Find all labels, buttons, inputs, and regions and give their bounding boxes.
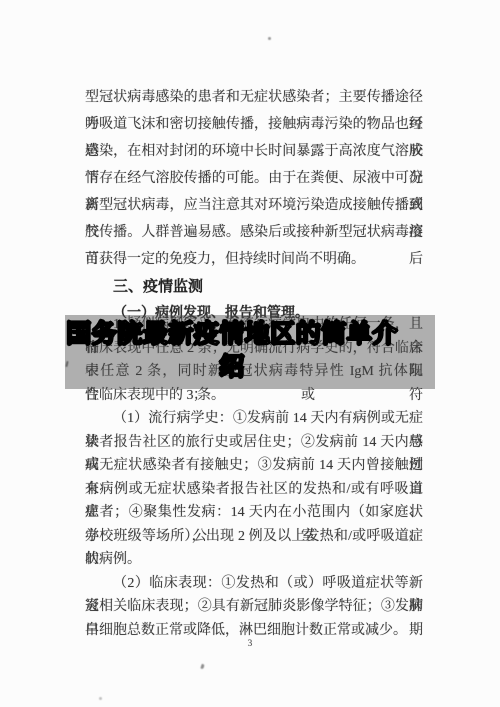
text-line: 新型冠状病毒，应当注意其对环境污染造成接触传播或气溶 xyxy=(85,192,423,219)
scan-speck xyxy=(268,37,271,40)
scan-speck xyxy=(99,697,102,700)
overlay-title-text: 国务院最新疫情地区的简单介绍 xyxy=(65,315,399,384)
text-line: 胶传播。人群普遍易感。感染后或接种新型冠状病毒疫苗后 xyxy=(85,219,423,246)
section-heading: 三、疫情监测 xyxy=(85,273,423,300)
text-line: （1）流行病学史：①发病前 14 天内有病例或无症状感 xyxy=(85,407,423,431)
title-overlay-banner: 国务院最新疫情地区的简单介绍 xyxy=(65,315,435,389)
text-line: 的病例。 xyxy=(85,548,423,572)
text-line: 下存在经气溶胶传播的可能。由于在粪便、尿液中可分离到 xyxy=(85,165,423,192)
text-line: 患者；④聚集性发病：14 天内在小范围内（如家庭、办公室、 xyxy=(85,501,423,525)
text-line: 型冠状病毒感染的患者和无症状感染者；主要传播途径为经 xyxy=(85,84,423,111)
text-line: 炎相关临床表现；②具有新冠肺炎影像学特征；③发病早期 xyxy=(85,595,423,619)
text-line: 染者报告社区的旅行史或居住史；②发病前 14 天内与病例 xyxy=(85,431,423,455)
page-number: 3 xyxy=(0,638,500,648)
scanned-document-page: 型冠状病毒感染的患者和无症状感染者；主要传播途径为经 呼吸道飞沫和密切接触传播，… xyxy=(0,0,500,707)
text-line: 感染，在相对封闭的环境中长时间暴露于高浓度气溶胶情况 xyxy=(85,138,423,165)
text-line: 学校班级等场所），出现 2 例及以上发热和/或呼吸道症状 xyxy=(85,525,423,549)
text-line: 呼吸道飞沫和密切接触传播，接触病毒污染的物品也可造成 xyxy=(85,111,423,138)
text-line: 或无症状感染者有接触史；③发病前 14 天内曾接触过来自 xyxy=(85,454,423,478)
scan-speck xyxy=(200,664,204,670)
text-line: （2）临床表现：①发热和（或）呼吸道症状等新冠肺 xyxy=(85,572,423,596)
text-line: 有病例或无症状感染者报告社区的发热和/或有呼吸道症状 xyxy=(85,478,423,502)
